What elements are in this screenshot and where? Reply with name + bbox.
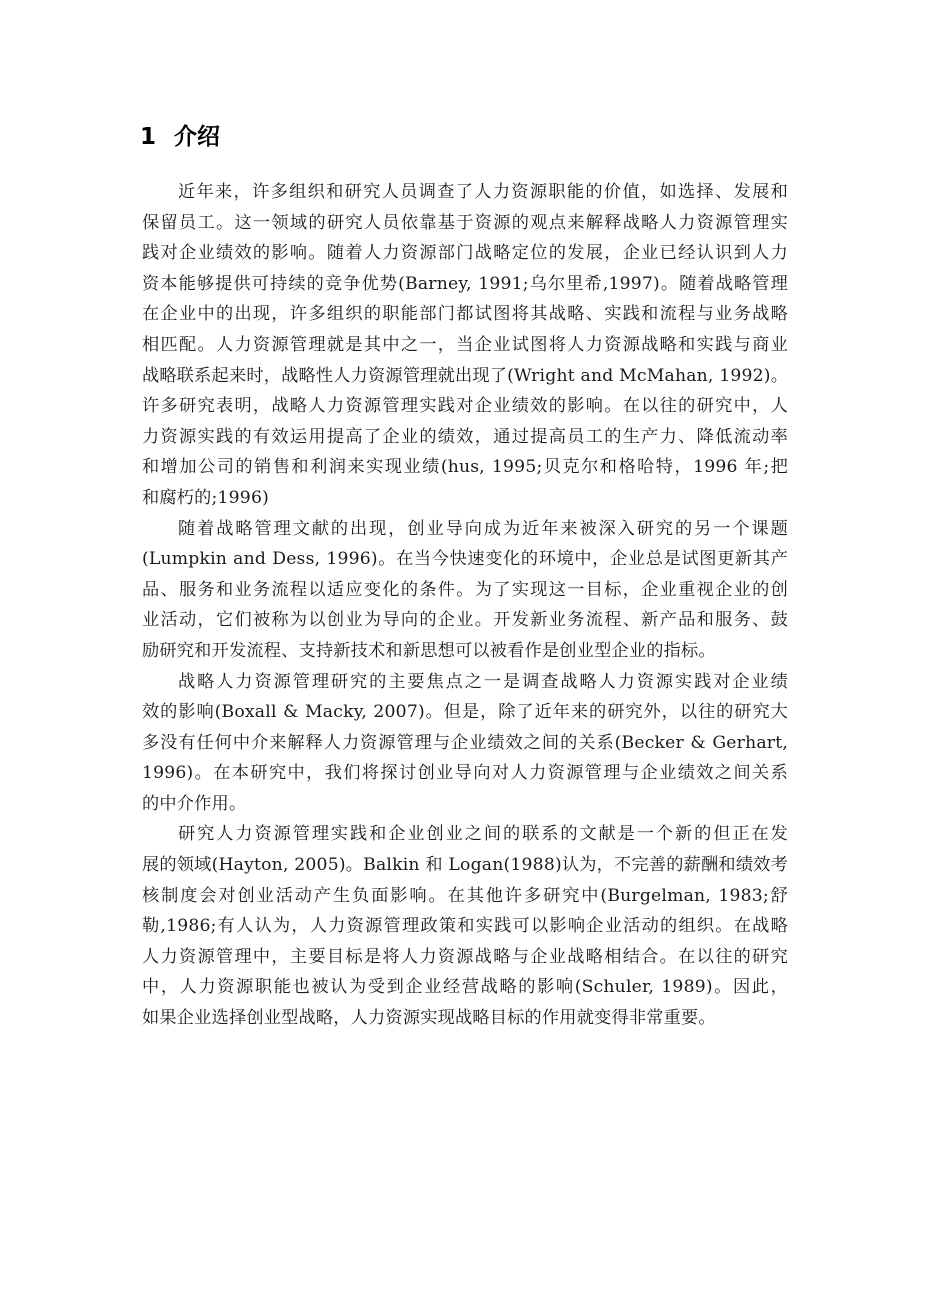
text-line: 勒,1986;有人认为，人力资源管理政策和实践可以影响企业活动的组织。在战略 [142,911,788,942]
text-line: 核制度会对创业活动产生负面影响。在其他许多研究中(Burgelman, 1983… [142,881,788,912]
body-text: 近年来，许多组织和研究人员调查了人力资源职能的价值，如选择、发展和 保留员工。这… [142,177,788,1034]
text-line: 保留员工。这一领域的研究人员依靠基于资源的观点来解释战略人力资源管理实 [142,208,788,239]
section-number: 1 [140,121,174,153]
text-line: 的中介作用。 [142,789,788,820]
text-line: 励研究和开发流程、支持新技术和新思想可以被看作是创业型企业的指标。 [142,636,788,667]
text-line: (Lumpkin and Dess, 1996)。在当今快速变化的环境中，企业总… [142,544,788,575]
text-line: 和增加公司的销售和利润来实现业绩(hus, 1995;贝克尔和格哈特，1996 … [142,452,788,483]
text-line: 和腐朽的;1996) [142,483,788,514]
document-page: 1介绍 近年来，许多组织和研究人员调查了人力资源职能的价值，如选择、发展和 保留… [0,0,925,1309]
paragraph: 随着战略管理文献的出现，创业导向成为近年来被深入研究的另一个课题 (Lumpki… [142,514,788,667]
paragraph: 近年来，许多组织和研究人员调查了人力资源职能的价值，如选择、发展和 保留员工。这… [142,177,788,514]
text-line: 战略联系起来时，战略性人力资源管理就出现了(Wright and McMahan… [142,361,788,392]
text-line: 相匹配。人力资源管理就是其中之一，当企业试图将人力资源战略和实践与商业 [142,330,788,361]
text-line: 展的领域(Hayton, 2005)。Balkin 和 Logan(1988)认… [142,850,788,881]
text-line: 许多研究表明，战略人力资源管理实践对企业绩效的影响。在以往的研究中，人 [142,391,788,422]
text-line: 如果企业选择创业型战略，人力资源实现战略目标的作用就变得非常重要。 [142,1003,788,1034]
text-line: 战略人力资源管理研究的主要焦点之一是调查战略人力资源实践对企业绩 [142,667,788,698]
text-line: 随着战略管理文献的出现，创业导向成为近年来被深入研究的另一个课题 [142,514,788,545]
text-line: 在企业中的出现，许多组织的职能部门都试图将其战略、实践和流程与业务战略 [142,299,788,330]
text-line: 研究人力资源管理实践和企业创业之间的联系的文献是一个新的但正在发 [142,819,788,850]
text-line: 近年来，许多组织和研究人员调查了人力资源职能的价值，如选择、发展和 [142,177,788,208]
text-line: 业活动，它们被称为以创业为导向的企业。开发新业务流程、新产品和服务、鼓 [142,605,788,636]
text-line: 资本能够提供可持续的竞争优势(Barney, 1991;乌尔里希,1997)。随… [142,269,788,300]
text-line: 人力资源管理中，主要目标是将人力资源战略与企业战略相结合。在以往的研究 [142,942,788,973]
text-line: 多没有任何中介来解释人力资源管理与企业绩效之间的关系(Becker & Gerh… [142,728,788,759]
paragraph: 战略人力资源管理研究的主要焦点之一是调查战略人力资源实践对企业绩 效的影响(Bo… [142,667,788,820]
text-line: 品、服务和业务流程以适应变化的条件。为了实现这一目标，企业重视企业的创 [142,575,788,606]
text-line: 力资源实践的有效运用提高了企业的绩效，通过提高员工的生产力、降低流动率 [142,422,788,453]
section-title: 介绍 [174,124,220,150]
text-line: 1996)。在本研究中，我们将探讨创业导向对人力资源管理与企业绩效之间关系 [142,758,788,789]
text-line: 践对企业绩效的影响。随着人力资源部门战略定位的发展，企业已经认识到人力 [142,238,788,269]
text-line: 效的影响(Boxall & Macky, 2007)。但是，除了近年来的研究外，… [142,697,788,728]
section-heading: 1介绍 [140,121,220,153]
text-line: 中，人力资源职能也被认为受到企业经营战略的影响(Schuler, 1989)。因… [142,972,788,1003]
paragraph: 研究人力资源管理实践和企业创业之间的联系的文献是一个新的但正在发 展的领域(Ha… [142,819,788,1033]
